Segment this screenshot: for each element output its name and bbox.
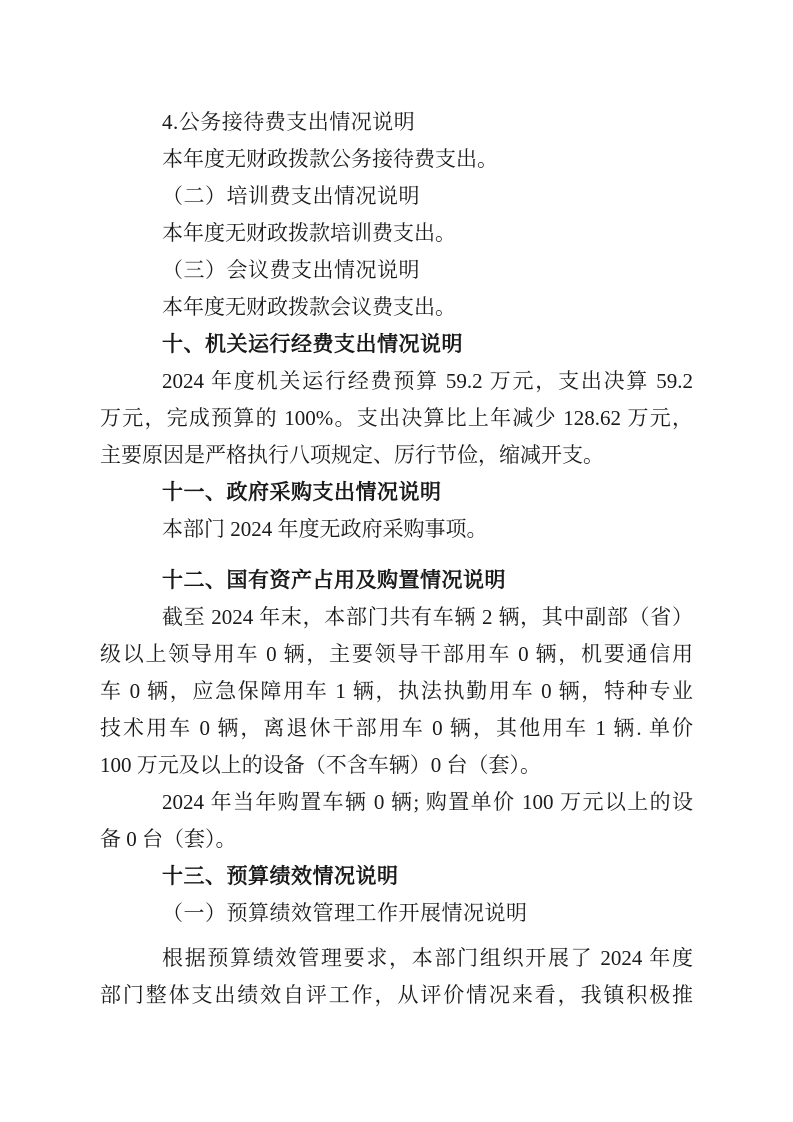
paragraph-operating-funds-line-2: 万元，完成预算的 100%。支出决算比上年减少 128.62 万元， <box>100 400 693 437</box>
section-heading-10-operating-funds: 十、机关运行经费支出情况说明 <box>100 326 693 363</box>
section-heading-11-government-procurement: 十一、政府采购支出情况说明 <box>100 474 693 511</box>
paragraph-purchases-line-2: 备 0 台（套）。 <box>100 821 693 858</box>
paragraph-purchases-line-1: 2024 年当年购置车辆 0 辆; 购置单价 100 万元以上的设 <box>100 784 693 821</box>
section-heading-13-budget-performance: 十三、预算绩效情况说明 <box>100 858 693 895</box>
subheading-official-reception-expense: 4.公务接待费支出情况说明 <box>100 104 693 141</box>
paragraph-no-reception-expense: 本年度无财政拨款公务接待费支出。 <box>100 141 693 178</box>
subheading-meeting-expense: （三）会议费支出情况说明 <box>100 252 693 289</box>
paragraph-performance-line-2: 部门整体支出绩效自评工作，从评价情况来看，我镇积极推 <box>100 977 693 1014</box>
paragraph-performance-line-1: 根据预算绩效管理要求，本部门组织开展了 2024 年度 <box>100 940 693 977</box>
paragraph-operating-funds-line-3: 主要原因是严格执行八项规定、厉行节俭，缩减开支。 <box>100 437 693 474</box>
paragraph-state-assets-line-2: 级以上领导用车 0 辆，主要领导干部用车 0 辆，机要通信用 <box>100 636 693 673</box>
subheading-performance-management: （一）预算绩效管理工作开展情况说明 <box>100 895 693 932</box>
document-page: 4.公务接待费支出情况说明 本年度无财政拨款公务接待费支出。 （二）培训费支出情… <box>0 0 793 1122</box>
paragraph-state-assets-line-5: 100 万元及以上的设备（不含车辆）0 台（套）。 <box>100 747 693 784</box>
paragraph-no-meeting-expense: 本年度无财政拨款会议费支出。 <box>100 289 693 326</box>
paragraph-state-assets-line-4: 技术用车 0 辆，离退休干部用车 0 辆，其他用车 1 辆. 单价 <box>100 710 693 747</box>
section-heading-12-state-assets: 十二、国有资产占用及购置情况说明 <box>100 562 693 599</box>
paragraph-state-assets-line-1: 截至 2024 年末，本部门共有车辆 2 辆，其中副部（省） <box>100 599 693 636</box>
subheading-training-expense: （二）培训费支出情况说明 <box>100 178 693 215</box>
paragraph-operating-funds-line-1: 2024 年度机关运行经费预算 59.2 万元，支出决算 59.2 <box>100 363 693 400</box>
paragraph-state-assets-line-3: 车 0 辆，应急保障用车 1 辆，执法执勤用车 0 辆，特种专业 <box>100 673 693 710</box>
paragraph-no-training-expense: 本年度无财政拨款培训费支出。 <box>100 215 693 252</box>
document-text-block: 4.公务接待费支出情况说明 本年度无财政拨款公务接待费支出。 （二）培训费支出情… <box>100 104 693 1014</box>
paragraph-no-procurement: 本部门 2024 年度无政府采购事项。 <box>100 511 693 548</box>
